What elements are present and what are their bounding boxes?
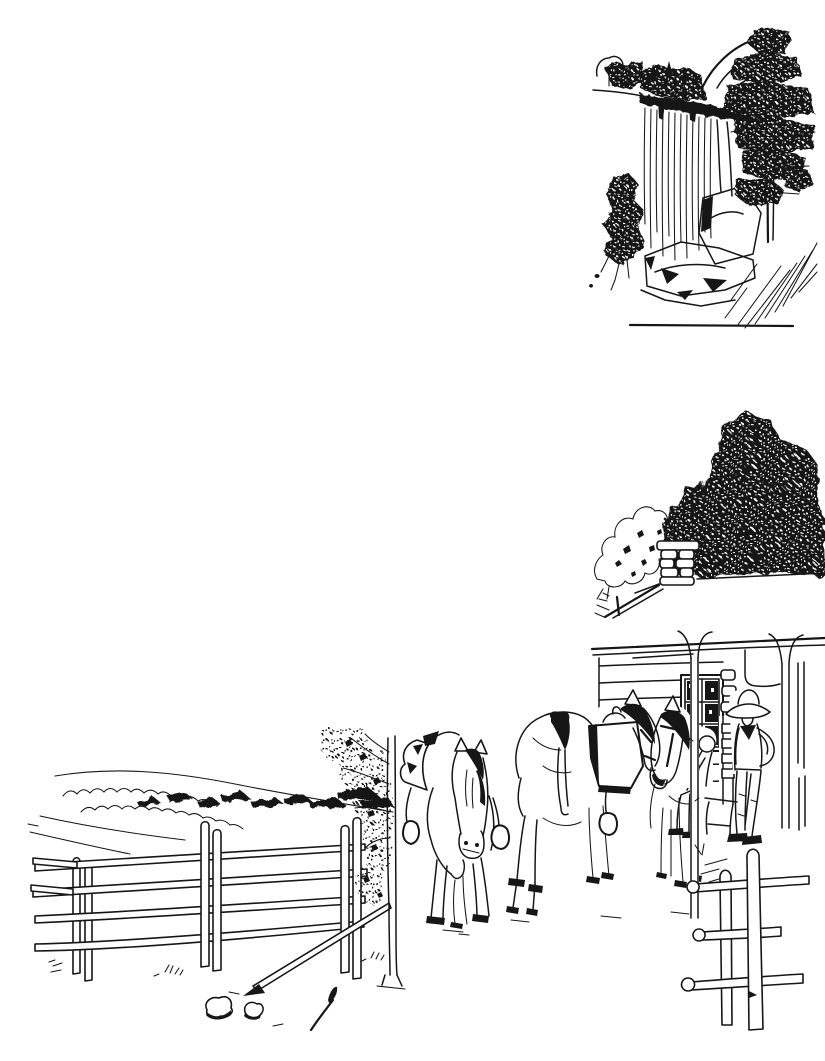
- standing-cowboy: [726, 689, 774, 845]
- dark-shrub: [589, 174, 645, 290]
- curved-brace: [745, 650, 780, 686]
- corral-tree: [321, 728, 405, 989]
- boulders: [641, 242, 755, 306]
- corral-scene: [25, 728, 397, 1058]
- fence-corner-detail: [685, 843, 820, 1033]
- roof-tree-vignette: [593, 403, 825, 635]
- leaning-gate-pole: [221, 903, 391, 999]
- waterfall-vignette: [585, 28, 817, 333]
- stone-chimney: [657, 541, 699, 585]
- saddle-blanket: [589, 707, 643, 835]
- meadow-lines: [28, 816, 185, 854]
- fence-rails: [682, 876, 809, 991]
- fence-post-short: [720, 870, 732, 1025]
- front-facing-horse: [401, 731, 510, 929]
- fence-posts-middle: [201, 822, 221, 971]
- illustration-page: { "page": { "kind": "ink-illustration-bo…: [0, 0, 825, 1061]
- doorway-edge: [798, 662, 805, 830]
- gable-edge: [605, 584, 663, 618]
- stones: [206, 987, 337, 1030]
- pine-tree: [725, 28, 815, 242]
- rail-fence: [31, 844, 367, 951]
- scrub-trees: [605, 61, 705, 100]
- brush-line: [63, 789, 243, 830]
- rear-view-horses: [506, 690, 702, 916]
- fence-post-tall: [747, 849, 763, 1030]
- ground-line: [630, 325, 793, 326]
